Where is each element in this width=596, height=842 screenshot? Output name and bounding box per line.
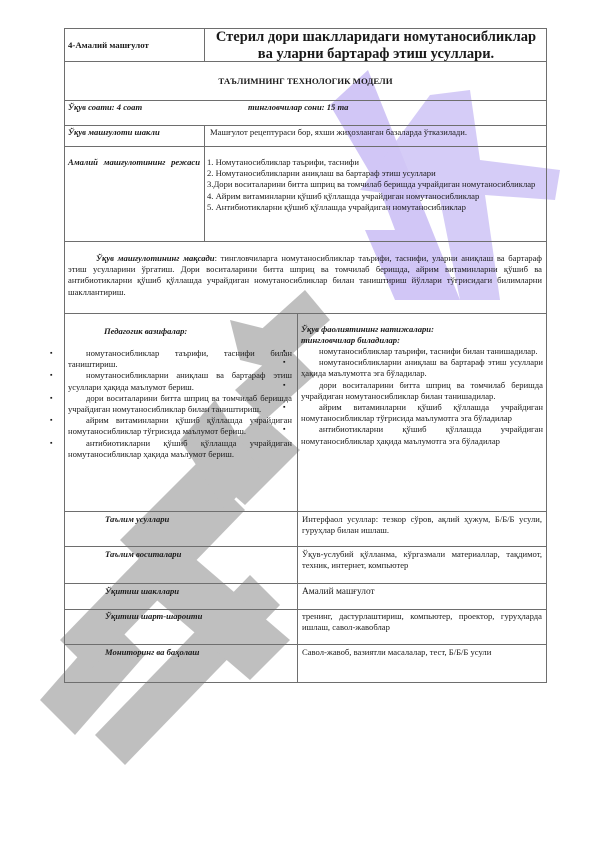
row-value-tools: Ўқув-услубий қўлланма, кўргазмали матери…: [302, 549, 542, 571]
result-item: номутаносибликларни аниқлаш ва бартараф …: [301, 357, 543, 379]
results-list: номутаносибликлар таърифи, таснифи билан…: [313, 346, 543, 447]
row-value-forms: Амалий машғулот: [302, 587, 542, 598]
row-value-methods: Интерфаол усуллар: тезкор сўров, ақлий ҳ…: [302, 514, 542, 536]
model-heading: ТАЪЛИМНИНГ ТЕХНОЛОГИК МОДЕЛИ: [64, 76, 547, 87]
lesson-goal: Ўқув машғулотининг мақсади: тингловчилар…: [68, 253, 542, 298]
result-item: номутаносибликлар таърифи, таснифи билан…: [301, 346, 543, 357]
plan-label: Амалий машғулотининг режаси: [68, 157, 200, 168]
task-item: айрим витаминларни қўшиб қўллашда учрайд…: [68, 415, 292, 437]
task-item: дори воситаларини битта шприц ва томчила…: [68, 393, 292, 415]
results-subheading: тингловчилар биладилар:: [301, 335, 400, 346]
task-item: антибиотикларни қўшиб қўллашда учрайдига…: [68, 438, 292, 460]
form-label: Ўқув машғулоти шакли: [68, 127, 160, 138]
row-label-tools: Таълим воситалари: [105, 549, 181, 560]
results-heading: Ўқув фаолиятининг натижалари:: [301, 324, 434, 335]
task-item: номутаносибликлар таърифи, таснифи билан…: [68, 348, 292, 370]
student-count: тингловчилар сони: 15 та: [248, 102, 348, 113]
plan-item: 1. Номутаносибликлар таърифи, таснифи: [207, 157, 543, 168]
row-label-conditions: Ўқитиш шарт-шароити: [105, 611, 202, 622]
plan-list: 1. Номутаносибликлар таърифи, таснифи 2.…: [207, 157, 543, 213]
result-item: айрим витаминларни қўшиб қўллашда учрайд…: [301, 402, 543, 424]
task-item: номутаносибликларни аниқлаш ва бартараф …: [68, 370, 292, 392]
plan-item: 2. Номутаносибликларни аниқлаш ва бартар…: [207, 168, 543, 179]
study-hours: Ўқув соати: 4 соат: [68, 102, 142, 113]
row-value-monitoring: Савол-жавоб, вазиятли масалалар, тест, Б…: [302, 647, 542, 658]
result-item: антибиотикларни қўшиб қўллашда учрайдига…: [301, 424, 543, 446]
document-page: 4-Амалий машғулот Стерил дори шаклларида…: [0, 0, 596, 842]
row-label-forms: Ўқитиш шакллари: [105, 586, 179, 597]
tasks-heading: Педагогик вазифалар:: [104, 326, 187, 337]
page-title: Стерил дори шаклларидаги номутаносибликл…: [208, 29, 544, 63]
result-item: дори воситаларини битта шприц ва томчила…: [301, 380, 543, 402]
row-label-methods: Таълим усуллари: [105, 514, 169, 525]
lesson-number: 4-Амалий машғулот: [68, 40, 149, 51]
plan-item: 3.Дори воситаларини битта шприц ва томчи…: [207, 179, 543, 190]
form-value: Машғулот рецептураси бор, яхши жиҳозланг…: [210, 127, 544, 138]
tasks-list: номутаносибликлар таърифи, таснифи билан…: [80, 348, 292, 460]
plan-item: 5. Антибиотикларни қўшиб қўллашда учрайд…: [207, 202, 543, 213]
row-label-monitoring: Мониторинг ва баҳолаш: [105, 647, 199, 658]
plan-item: 4. Айрим витаминларни қўшиб қўллашда учр…: [207, 191, 543, 202]
row-value-conditions: тренинг, дастурлаштириш, компьютер, прое…: [302, 611, 542, 633]
goal-label: Ўқув машғулотининг мақсади: [96, 253, 215, 263]
